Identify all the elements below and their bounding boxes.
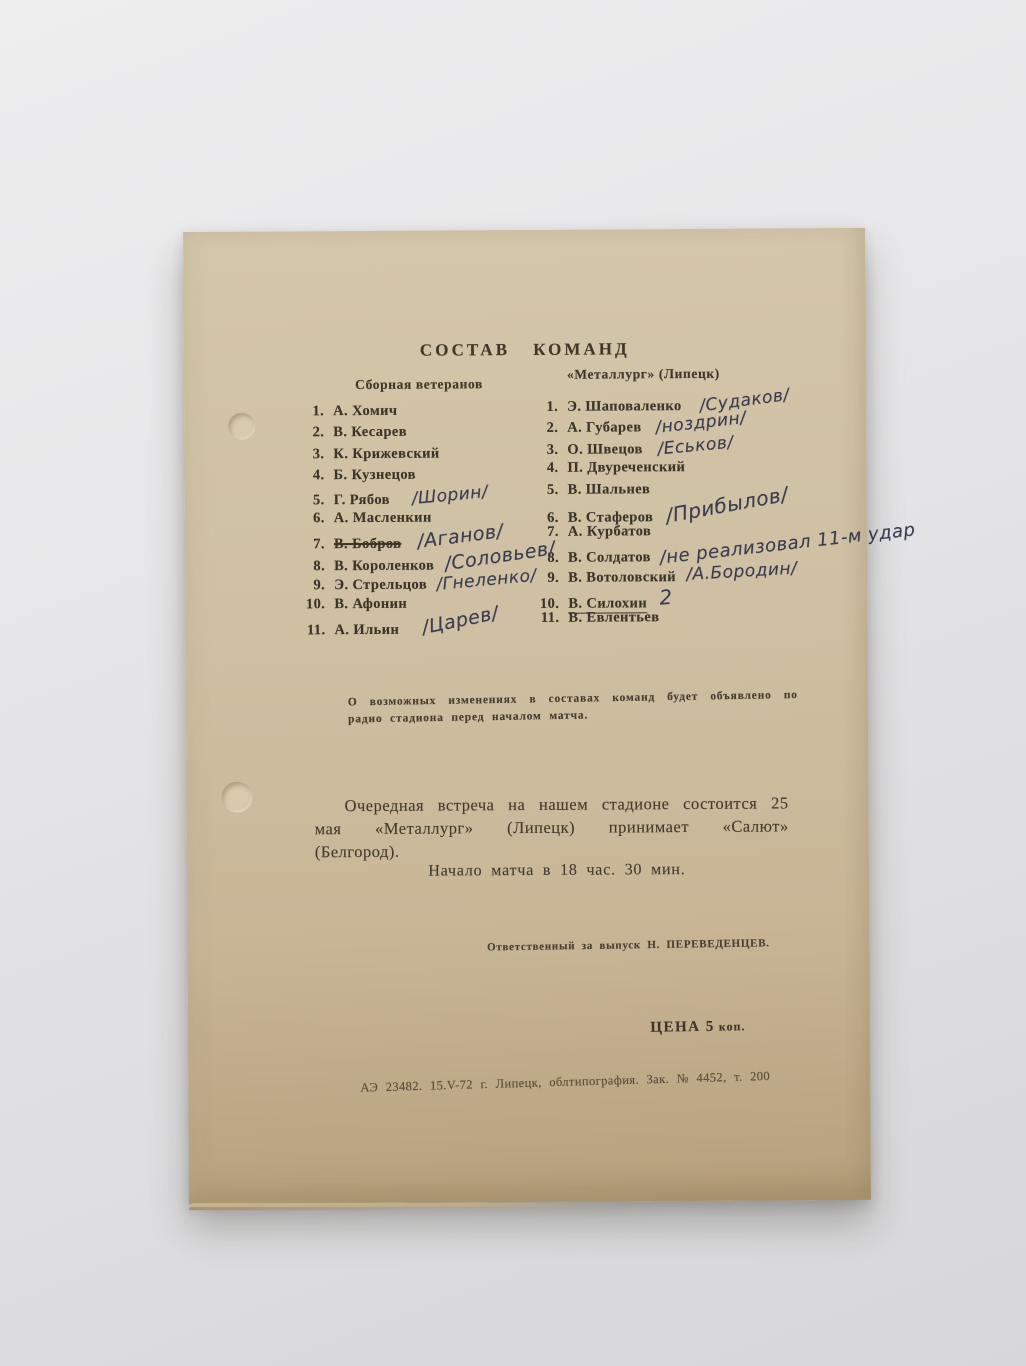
player-number: 8. xyxy=(299,558,325,575)
player-name: В. Афонин xyxy=(334,595,407,612)
player-number: 8. xyxy=(533,550,559,567)
player-row: 3. О. Швецов /Еськов/ xyxy=(532,436,915,460)
handwritten-note: 2 xyxy=(658,584,673,609)
player-number: 9. xyxy=(299,577,325,594)
player-number: 3. xyxy=(298,446,324,463)
player-number: 3. xyxy=(532,442,558,459)
team-name-metallurg: «Металлург» (Липецк) xyxy=(536,366,751,383)
player-number: 5. xyxy=(533,481,559,498)
player-name: В. Шальнев xyxy=(568,481,651,499)
player-number: 11. xyxy=(299,622,325,639)
player-name: О. Швецов xyxy=(567,441,643,458)
player-name: В. Евлентьев xyxy=(568,609,659,627)
player-row: 10. В. Афонин xyxy=(299,594,556,617)
page-title: СОСТАВ КОМАНД xyxy=(184,338,866,362)
price-line: ЦЕНА 5 коп. xyxy=(608,1016,788,1037)
programme-page: СОСТАВ КОМАНД Сборная ветеранов «Металлу… xyxy=(183,228,871,1204)
radio-announcement: О возможных изменениях в составах команд… xyxy=(348,687,799,728)
player-name: В. Короленков xyxy=(334,557,434,575)
player-row: 4. П. Двуреченский xyxy=(532,458,915,482)
player-row: 2. В. Кесарев xyxy=(298,423,555,446)
player-row: 3. К. Крижевский xyxy=(298,445,555,468)
player-name: П. Двуреченский xyxy=(567,459,685,477)
punch-hole xyxy=(221,782,252,813)
player-list-veterans: 1. А. Хомич 2. В. Кесарев 3. К. Крижевск… xyxy=(298,402,556,639)
player-row: 11. В. Евлентьев xyxy=(533,608,916,632)
player-number: 1. xyxy=(532,399,558,416)
imprint-line: АЭ 23482. 15.V-72 г. Липецк, облтипограф… xyxy=(330,1068,800,1097)
player-name: К. Крижевский xyxy=(333,445,439,463)
photo-background: СОСТАВ КОМАНД Сборная ветеранов «Металлу… xyxy=(0,0,1026,1366)
player-name: Г. Рябов xyxy=(334,491,390,508)
player-number: 1. xyxy=(298,403,324,420)
responsible-line: Ответственный за выпуск Н. ПЕРЕВЕДЕНЦЕВ. xyxy=(463,937,793,954)
player-name: Э. Стрельцов xyxy=(334,577,427,595)
player-name: А. Хомич xyxy=(333,403,397,420)
price-unit: коп. xyxy=(719,1019,746,1033)
player-row: 9. В. Вотоловский /А.Бородин/ xyxy=(533,565,916,589)
player-row: 9. Э. Стрельцов /Гнеленко/ xyxy=(299,573,556,596)
player-number: 5. xyxy=(299,492,325,509)
player-row: 5. Г. Рябов /Шорин/ xyxy=(299,487,556,510)
player-number: 4. xyxy=(298,467,324,484)
player-number: 7. xyxy=(533,524,559,541)
player-name: А. Курбатов xyxy=(568,524,651,542)
stacked-sheet-edge xyxy=(189,1207,421,1211)
player-number: 7. xyxy=(299,537,325,554)
player-name: Э. Шаповаленко xyxy=(567,398,682,416)
player-name: А. Масленкин xyxy=(334,510,432,528)
player-row: 1. А. Хомич xyxy=(298,402,555,425)
player-number: 2. xyxy=(532,420,558,437)
player-name: А. Губарев xyxy=(567,420,641,437)
player-number: 10. xyxy=(299,596,325,613)
player-name: Б. Кузнецов xyxy=(333,467,415,485)
player-row: 6. А. Масленкин xyxy=(299,509,556,532)
player-name: В. Кесарев xyxy=(333,424,407,441)
player-row: 4. Б. Кузнецов xyxy=(298,466,555,489)
player-name: А. Ильин xyxy=(334,622,399,639)
punch-hole xyxy=(228,413,255,440)
player-row: 6. В. Стаферов /Прибылов/ xyxy=(533,501,916,525)
team-name-veterans: Сборная ветеранов xyxy=(314,376,524,393)
player-list-metallurg: 1. Э. Шаповаленко /Судаков/ 2. А. Губаре… xyxy=(532,394,916,632)
player-row: 11. А. Ильин /Царев/ xyxy=(299,616,556,639)
player-name: В. Солдатов xyxy=(568,549,651,567)
price-value: ЦЕНА 5 xyxy=(650,1019,715,1036)
player-name: В. Бобров xyxy=(334,536,402,553)
player-number: 4. xyxy=(532,460,558,477)
player-row: 10. В. Силохин 2 xyxy=(533,586,916,610)
player-number: 6. xyxy=(299,510,325,527)
next-match-paragraph: Очередная встреча на нашем стадионе сост… xyxy=(314,791,788,863)
player-number: 11. xyxy=(533,610,559,627)
kickoff-time: Начало матча в 18 час. 30 мин. xyxy=(317,860,797,881)
player-number: 9. xyxy=(533,570,559,587)
player-number: 2. xyxy=(298,425,324,442)
player-name: В. Вотоловский xyxy=(568,569,676,587)
